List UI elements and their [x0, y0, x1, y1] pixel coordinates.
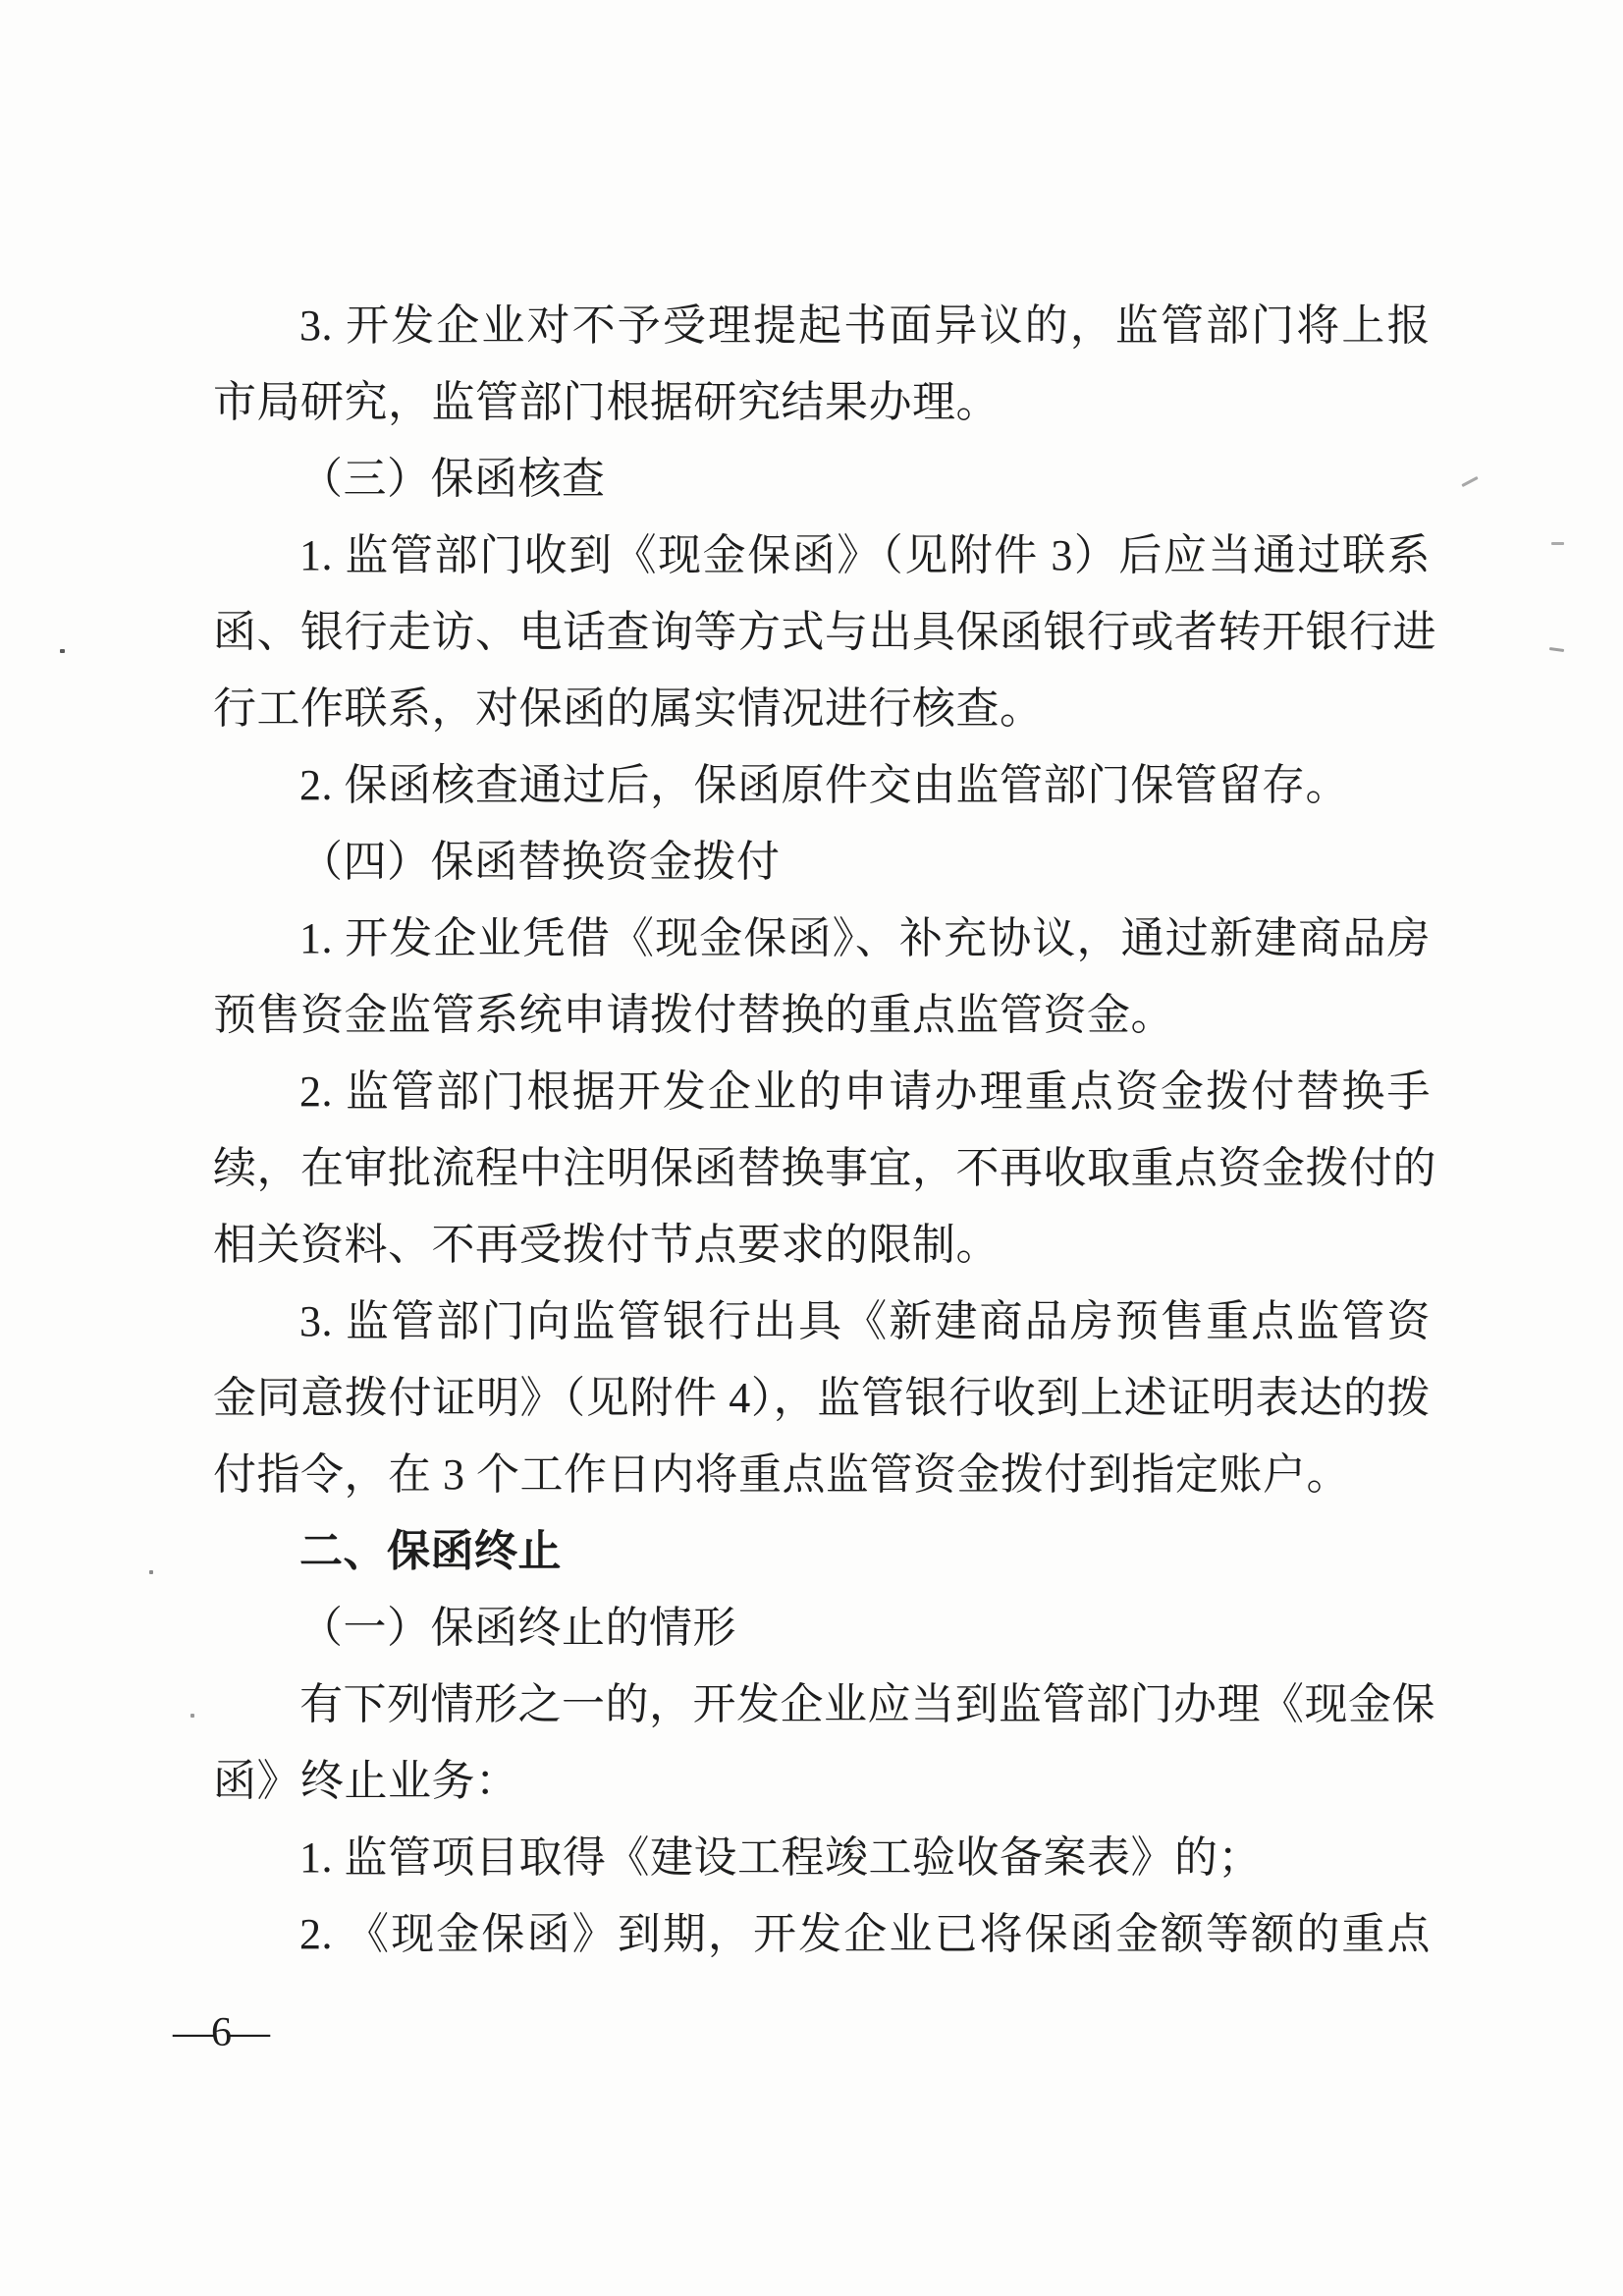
body-text-line: 相关资料、不再受拨付节点要求的限制。 [213, 1207, 1431, 1284]
body-text-line: 有下列情形之一的，开发企业应当到监管部门办理《现金保 [213, 1667, 1431, 1743]
page-number: —6— [173, 2009, 267, 2056]
scan-artifact [1551, 542, 1564, 545]
document-body: 3. 开发企业对不予受理提起书面异议的，监管部门将上报 市局研究，监管部门根据研… [213, 288, 1431, 1973]
scan-artifact [190, 1714, 194, 1718]
body-text-line: 付指令，在 3 个工作日内将重点监管资金拨付到指定账户。 [213, 1437, 1431, 1513]
scan-artifact [1461, 476, 1478, 487]
scan-artifact [1549, 647, 1564, 652]
body-text-line: 1. 监管部门收到《现金保函》（见附件 3）后应当通过联系 [213, 518, 1431, 594]
body-text-line: 3. 开发企业对不予受理提起书面异议的，监管部门将上报 [213, 288, 1431, 364]
document-page: 3. 开发企业对不予受理提起书面异议的，监管部门将上报 市局研究，监管部门根据研… [0, 0, 1623, 2296]
body-text-line: 续，在审批流程中注明保函替换事宜，不再收取重点资金拨付的 [213, 1130, 1431, 1207]
subheading-guarantee-verification: （三）保函核查 [213, 441, 1431, 518]
body-text-line: 预售资金监管系统申请拨付替换的重点监管资金。 [213, 977, 1431, 1054]
body-text-line: 2. 《现金保函》到期，开发企业已将保函金额等额的重点 [213, 1896, 1431, 1973]
body-text-line: 2. 保函核查通过后，保函原件交由监管部门保管留存。 [213, 747, 1431, 824]
body-text-line: 金同意拨付证明》（见附件 4），监管银行收到上述证明表达的拨 [213, 1360, 1431, 1437]
body-text-line: 3. 监管部门向监管银行出具《新建商品房预售重点监管资 [213, 1284, 1431, 1360]
heading-guarantee-termination: 二、保函终止 [213, 1513, 1431, 1590]
body-text-line: 市局研究，监管部门根据研究结果办理。 [213, 364, 1431, 441]
scan-artifact [149, 1570, 153, 1574]
body-text-line: 函、银行走访、电话查询等方式与出具保函银行或者转开银行进 [213, 594, 1431, 671]
subheading-termination-circumstances: （一）保函终止的情形 [213, 1590, 1431, 1667]
subheading-guarantee-replacement-disbursement: （四）保函替换资金拨付 [213, 824, 1431, 901]
body-text-line: 2. 监管部门根据开发企业的申请办理重点资金拨付替换手 [213, 1054, 1431, 1130]
body-text-line: 1. 开发企业凭借《现金保函》、补充协议，通过新建商品房 [213, 901, 1431, 977]
body-text-line: 行工作联系，对保函的属实情况进行核查。 [213, 671, 1431, 747]
scan-artifact [60, 649, 65, 653]
body-text-line: 1. 监管项目取得《建设工程竣工验收备案表》的； [213, 1820, 1431, 1896]
body-text-line: 函》终止业务： [213, 1743, 1431, 1820]
